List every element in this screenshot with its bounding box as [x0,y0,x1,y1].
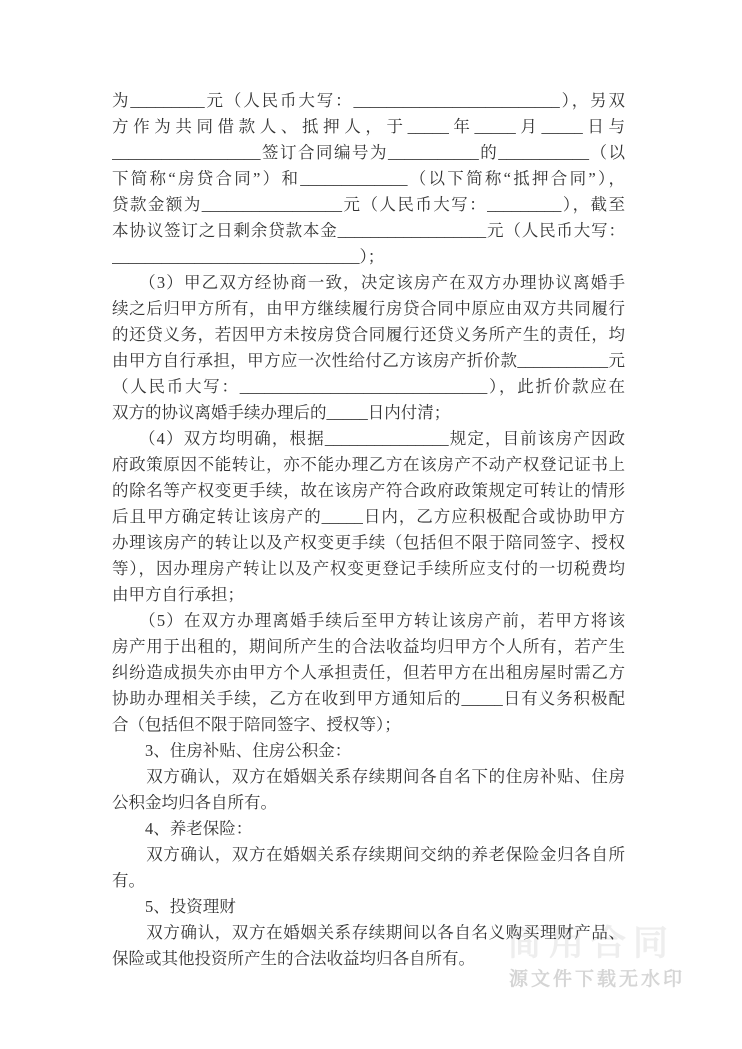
document-page: 简用合同 源文件下载无水印 为_________元（人民币大写：________… [0,0,742,1049]
document-line: 方作为共同借款人、抵押人，于_____年_____月_____日与 [112,114,625,140]
document-line: （3）甲乙双方经协商一致，决定该房产在双方办理协议离婚手 [112,270,625,296]
document-line: （5）在双方办理离婚手续后至甲方转让该房产前，若甲方将该 [112,608,625,634]
document-line: （人民币大写：______________________________），此… [112,374,625,400]
document-line: 后且甲方确定转让该房产的_____日内，乙方应积极配合或协助甲方 [112,504,625,530]
document-line: __________________签订合同编号为___________的___… [112,140,625,166]
document-line: 纠纷造成损失亦由甲方个人承担责任，但若甲方在出租房屋时需乙方 [112,660,625,686]
document-line: 3、住房补贴、住房公积金： [112,738,625,764]
document-line: 4、养老保险： [112,816,625,842]
document-line: 下简称“房贷合同”）和_____________（以下简称“抵押合同”）， [112,166,625,192]
document-line: 等），因办理房产转让以及产权变更登记手续所应支付的一切税费均 [112,556,625,582]
document-line: 府政策原因不能转让，亦不能办理乙方在该房产不动产权登记证书上 [112,452,625,478]
document-line: 协助办理相关手续，乙方在收到甲方通知后的_____日有义务积极配 [112,686,625,712]
document-line: 续之后归甲方所有，由甲方继续履行房贷合同中原应由双方共同履行 [112,296,625,322]
document-line: 合（包括但不限于陪同签字、授权等）； [112,712,625,738]
document-line: 5、投资理财 [112,894,625,920]
document-line: 本协议签订之日剩余贷款本金__________________元（人民币大写： [112,218,625,244]
document-body: 为_________元（人民币大写：______________________… [112,88,625,972]
document-line: 为_________元（人民币大写：______________________… [112,88,625,114]
document-line: （4）双方均明确，根据_______________规定，目前该房产因政 [112,426,625,452]
document-line: 由甲方自行承担； [112,582,625,608]
document-line: 双方确认，双方在婚姻关系存续期间各自名下的住房补贴、住房 [112,764,625,790]
document-line: 双方的协议离婚手续办理后的_____日内付清； [112,400,625,426]
document-line: 办理该房产的转让以及产权变更手续（包括但不限于陪同签字、授权 [112,530,625,556]
document-line: 公积金均归各自所有。 [112,790,625,816]
document-line: 由甲方自行承担，甲方应一次性给付乙方该房产折价款___________元 [112,348,625,374]
document-line: ______________________________）； [112,244,625,270]
document-line: 双方确认，双方在婚姻关系存续期间交纳的养老保险金归各自所 [112,842,625,868]
document-line: 双方确认，双方在婚姻关系存续期间以各自名义购买理财产品、 [112,920,625,946]
document-line: 保险或其他投资所产生的合法收益均归各自所有。 [112,946,625,972]
document-line: 房产用于出租的，期间所产生的合法收益均归甲方个人所有，若产生 [112,634,625,660]
document-line: 的还贷义务，若因甲方未按房贷合同履行还贷义务所产生的责任，均 [112,322,625,348]
document-line: 有。 [112,868,625,894]
document-line: 的除名等产权变更手续，故在该房产符合政府政策规定可转让的情形 [112,478,625,504]
document-line: 贷款金额为_________________元（人民币大写：_________）… [112,192,625,218]
